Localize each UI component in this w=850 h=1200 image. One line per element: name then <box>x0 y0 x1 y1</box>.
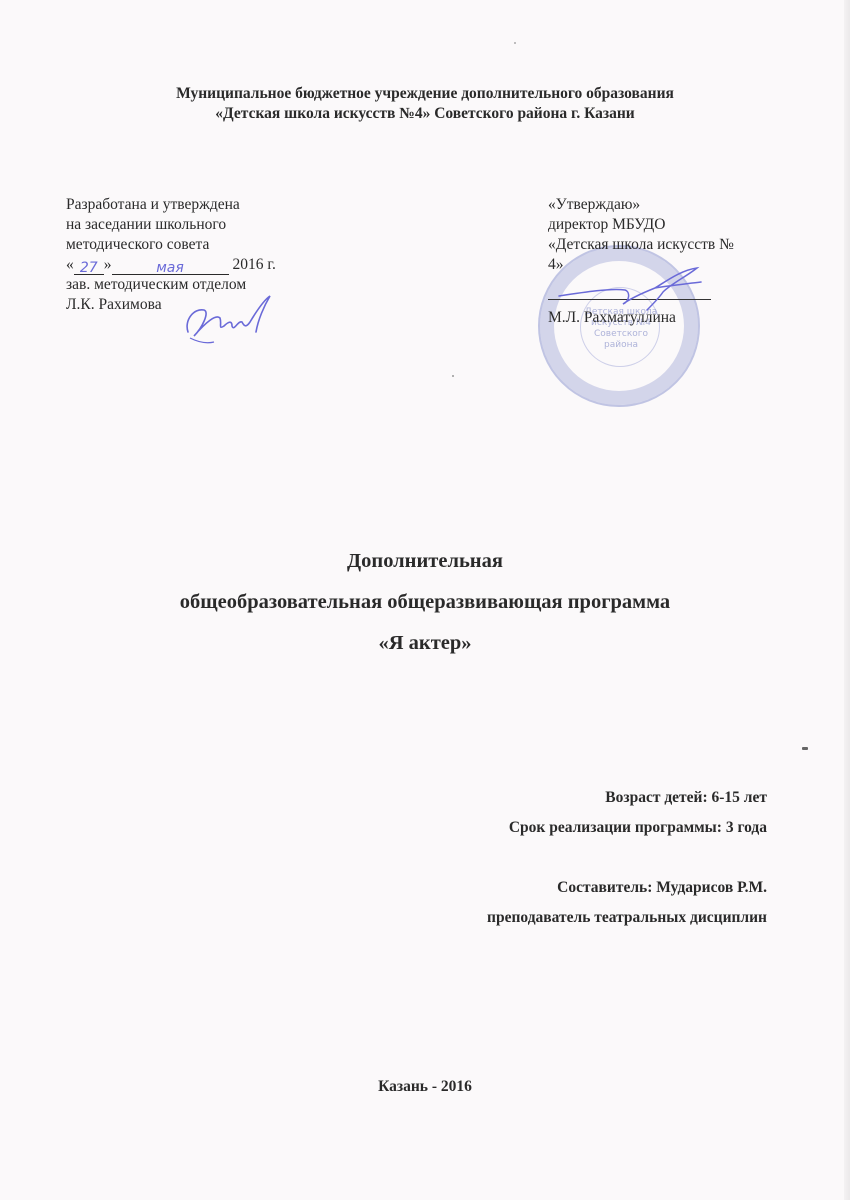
date-open-quote: « <box>66 256 74 273</box>
scan-speck <box>452 375 454 377</box>
date-year: 2016 г. <box>233 256 276 273</box>
children-age: Возраст детей: 6-15 лет <box>487 788 767 818</box>
place-year: Казань - 2016 <box>0 1078 850 1096</box>
title-line-3: «Я актер» <box>0 630 850 671</box>
approval-left-line-2: на заседании школьного <box>66 215 276 235</box>
approval-date-row: «27»мая2016 г. <box>66 255 276 275</box>
title-line-1: Дополнительная <box>0 548 850 589</box>
program-author: Составитель: Мударисов Р.М. <box>487 878 767 908</box>
date-month-handwritten: мая <box>156 260 184 276</box>
approval-left-line-3: методического совета <box>66 235 276 255</box>
approval-right-line-3: «Детская школа искусств № <box>548 235 763 255</box>
director-signature-icon <box>555 262 705 322</box>
approval-left-line-1: Разработана и утверждена <box>66 195 276 215</box>
date-day-field: 27 <box>74 258 104 275</box>
left-signature-icon <box>180 292 275 352</box>
author-role: преподаватель театральных дисциплин <box>487 908 767 938</box>
approval-right-line-1: «Утверждаю» <box>548 195 763 215</box>
scan-speck <box>802 747 808 750</box>
program-duration: Срок реализации программы: 3 года <box>487 818 767 848</box>
header-line-2: «Детская школа искусств №4» Советского р… <box>0 104 850 124</box>
date-day-handwritten: 27 <box>80 260 98 276</box>
title-line-2: общеобразовательная общеразвивающая прог… <box>0 589 850 630</box>
institution-header: Муниципальное бюджетное учреждение допол… <box>0 84 850 124</box>
program-meta: Возраст детей: 6-15 лет Срок реализации … <box>487 788 767 938</box>
scan-speck <box>514 42 516 44</box>
program-title: Дополнительная общеобразовательная общер… <box>0 548 850 671</box>
approval-right-line-2: директор МБУДО <box>548 215 763 235</box>
date-month-field: мая <box>112 258 229 275</box>
header-line-1: Муниципальное бюджетное учреждение допол… <box>0 84 850 104</box>
date-close-quote: » <box>104 256 112 273</box>
